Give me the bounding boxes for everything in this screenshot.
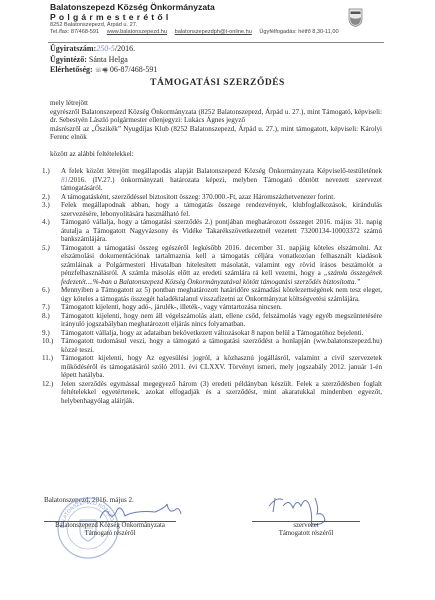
- clause-4: 4.)Támogató vállalja, hogy a támogatási …: [50, 218, 382, 244]
- clause-6: 6.)Mennyiben a Támogatott az 5) pontban …: [50, 286, 382, 303]
- clause-12: 12.)Jelen szerződés egymással megegyező …: [50, 380, 382, 406]
- supporter-signature: [95, 500, 185, 522]
- conditions-intro: között az alábbi feltételekkel:: [50, 150, 382, 159]
- case-number: Ügyiratszám:250-5/2016.: [50, 44, 157, 55]
- clause-5: 5.)Támogatott a támogatási összeg egészé…: [50, 244, 382, 287]
- clause-2: 2.)A támogatásként, szerződéssel biztosí…: [50, 193, 382, 202]
- header-divider: [48, 42, 384, 43]
- supported-signature-block: szervezet Támogatott részéről: [252, 521, 360, 538]
- office-name: Polgármesterétől: [50, 12, 435, 22]
- supporter-role: Támogató részéről: [44, 530, 176, 538]
- party-supporter: egyrészről Balatonszepezd Község Önkormá…: [50, 108, 382, 125]
- contract-body: mely létrejött egyrészről Balatonszepezd…: [50, 99, 382, 405]
- phone-fax: Tel./fax: 87/468-591: [50, 29, 99, 35]
- supported-role: Támogatott részéről: [252, 530, 360, 538]
- intro-line: mely létrejött: [50, 99, 382, 108]
- administrator: Ügyintéző: Sánta Helga: [50, 55, 157, 66]
- clause-3: 3.)Felek megállapodnak abban, hogy a tám…: [50, 201, 382, 218]
- clause-10: 10.)Támogatott tudomásul veszi, hogy a t…: [50, 337, 382, 354]
- website-link[interactable]: www.balatonszepezd.hu: [107, 29, 167, 35]
- contact: Elérhetőség: ☏🖷 06-87/468-591: [50, 65, 157, 77]
- case-number-handwritten: 250-5: [96, 44, 115, 53]
- party-supported: másrészről az „Őszikék” Nyugdíjas Klub (…: [50, 125, 382, 142]
- clause-list: 1.)A felek között létrejött megállapodás…: [50, 167, 382, 405]
- organization-name: Balatonszepezd Község Önkormányzata: [50, 2, 435, 12]
- document-meta: Ügyiratszám:250-5/2016. Ügyintéző: Sánta…: [50, 44, 157, 77]
- clause-1: 1.)A felek között létrejött megállapodás…: [50, 167, 382, 193]
- document-title: TÁMOGATÁSI SZERZŐDÉS: [0, 78, 435, 88]
- supporter-org: Balatonszepezd Község Önkormányzata: [44, 522, 176, 530]
- contact-line: Tel./fax: 87/468-591 www.balatonszepezd.…: [50, 29, 435, 36]
- letterhead: Balatonszepezd Község Önkormányzata Polg…: [50, 2, 435, 36]
- address: 8252 Balatonszepezd, Árpád u. 27.: [50, 22, 435, 29]
- clause-7: 7.)Támogatott kijelenti, hogy adó-, járu…: [50, 303, 382, 312]
- supported-org: szervezet: [252, 522, 360, 530]
- clause-8: 8.)Támogatott kijelenti, hogy nem áll vé…: [50, 312, 382, 329]
- office-hours: Ügyfélfogadás: hétfő 8,30-11,00: [259, 29, 338, 35]
- email-link[interactable]: balatonszepezdph@t-online.hu: [175, 29, 252, 35]
- coat-of-arms-icon: [348, 8, 363, 27]
- supporter-signature-block: Balatonszepezd Község Önkormányzata Támo…: [44, 521, 176, 538]
- clause-9: 9.)Támogatott vállalja, hogy az adataiba…: [50, 329, 382, 338]
- clause-11: 11.)Támogatott kijelenti, hogy Az egyesü…: [50, 354, 382, 380]
- phone-fax-icon: ☏🖷: [95, 68, 108, 74]
